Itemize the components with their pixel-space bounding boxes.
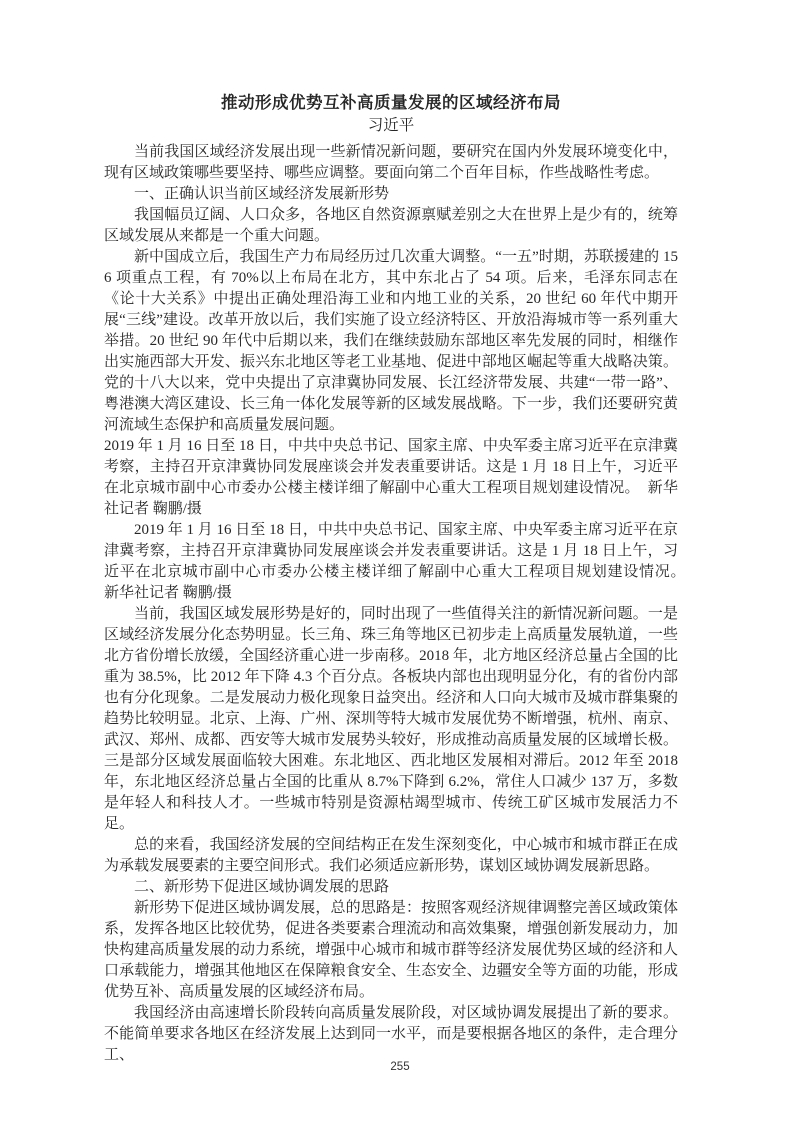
section-heading-2: 二、新形势下促进区域协调发展的思路 xyxy=(104,877,678,898)
document-page: 推动形成优势互补高质量发展的区域经济布局 习近平 当前我国区域经济发展出现一些新… xyxy=(0,0,800,1133)
photo-caption-repeat: 2019 年 1 月 16 日至 18 日，中共中央总书记、国家主席、中央军委主… xyxy=(104,520,678,604)
photo-caption: 2019 年 1 月 16 日至 18 日，中共中央总书记、国家主席、中央军委主… xyxy=(104,436,678,520)
paragraph: 总的来看，我国经济发展的空间结构正在发生深刻变化，中心城市和城市群正在成为承载发… xyxy=(104,835,678,877)
paragraph: 新中国成立后，我国生产力布局经历过几次重大调整。“一五”时期，苏联援建的 156… xyxy=(104,247,678,436)
document-body: 当前我国区域经济发展出现一些新情况新问题，要研究在国内外发展环境变化中，现有区域… xyxy=(104,142,678,1066)
author-line: 习近平 xyxy=(104,114,678,137)
paragraph: 我国经济由高速增长阶段转向高质量发展阶段，对区域协调发展提出了新的要求。不能简单… xyxy=(104,1003,678,1066)
page-number: 255 xyxy=(0,1061,800,1073)
paragraph: 新形势下促进区域协调发展，总的思路是：按照客观经济规律调整完善区域政策体系，发挥… xyxy=(104,898,678,1003)
paragraph: 当前，我国区域发展形势是好的，同时出现了一些值得关注的新情况新问题。一是区域经济… xyxy=(104,604,678,835)
section-heading-1: 一、正确认识当前区域经济发展新形势 xyxy=(104,184,678,205)
page-title: 推动形成优势互补高质量发展的区域经济布局 xyxy=(104,92,678,114)
paragraph: 我国幅员辽阔、人口众多，各地区自然资源禀赋差别之大在世界上是少有的，统筹区域发展… xyxy=(104,205,678,247)
paragraph-intro: 当前我国区域经济发展出现一些新情况新问题，要研究在国内外发展环境变化中，现有区域… xyxy=(104,142,678,184)
